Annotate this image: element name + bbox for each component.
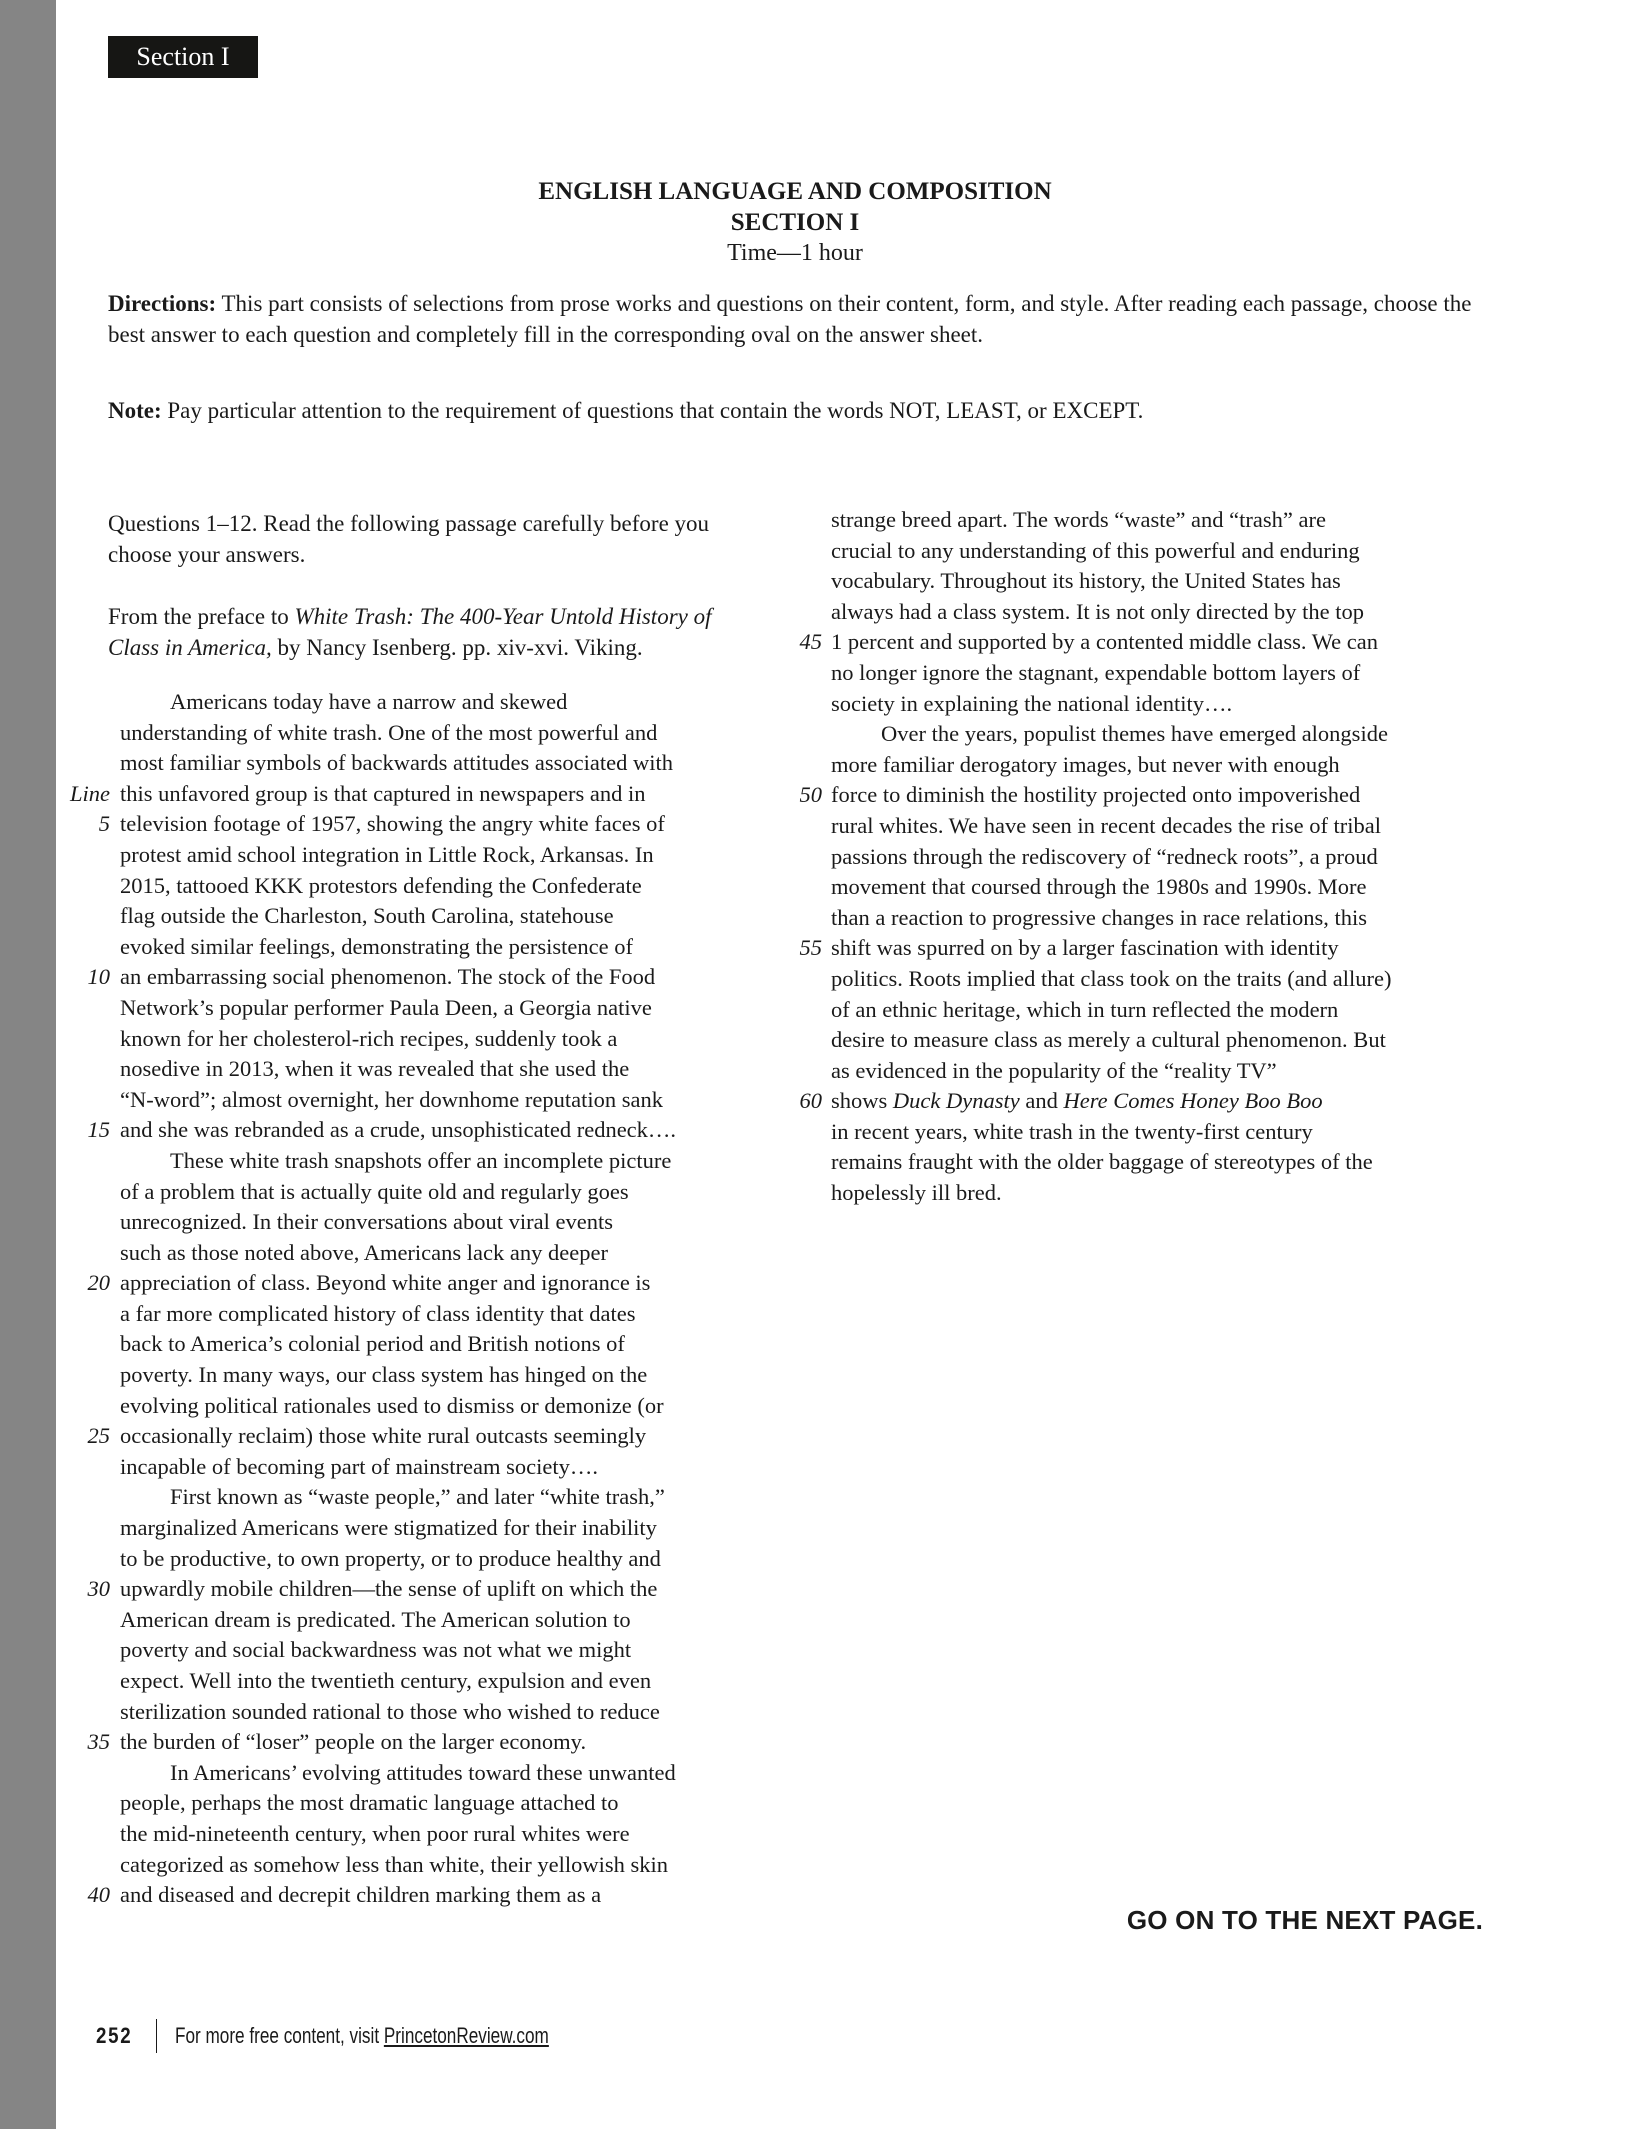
passage-line: the mid-nineteenth century, when poor ru… — [56, 1819, 776, 1850]
passage-line: rural whites. We have seen in recent dec… — [760, 811, 1480, 842]
directions-label: Directions: — [108, 291, 216, 316]
line-number: 20 — [56, 1268, 110, 1299]
passage-line: remains fraught with the older baggage o… — [760, 1147, 1480, 1178]
line-text: poverty and social backwardness was not … — [120, 1635, 631, 1666]
source-suffix: by Nancy Isenberg. pp. xiv-xvi. Viking. — [272, 635, 643, 660]
passage-line: nosedive in 2013, when it was revealed t… — [56, 1054, 776, 1085]
footer-divider — [156, 2019, 157, 2053]
line-text: than a reaction to progressive changes i… — [831, 903, 1367, 934]
line-text: this unfavored group is that captured in… — [120, 779, 646, 810]
line-number: 50 — [760, 780, 822, 811]
passage-line: politics. Roots implied that class took … — [760, 964, 1480, 995]
line-text: Over the years, populist themes have eme… — [831, 719, 1388, 750]
passage-line: always had a class system. It is not onl… — [760, 597, 1480, 628]
line-number: 15 — [56, 1115, 110, 1146]
line-text: First known as “waste people,” and later… — [120, 1482, 665, 1513]
line-text: in recent years, white trash in the twen… — [831, 1117, 1313, 1148]
line-text: back to America’s colonial period and Br… — [120, 1329, 625, 1360]
page-footer: 252 For more free content, visit Princet… — [96, 2018, 654, 2054]
passage-column-left: Americans today have a narrow and skewed… — [56, 687, 776, 1911]
passage-line: desire to measure class as merely a cult… — [760, 1025, 1480, 1056]
line-text: and diseased and decrepit children marki… — [120, 1880, 601, 1911]
show-title: Here Comes Honey Boo Boo — [1063, 1088, 1322, 1113]
passage-line: 20appreciation of class. Beyond white an… — [56, 1268, 776, 1299]
passage-line: society in explaining the national ident… — [760, 689, 1480, 720]
passage-line: understanding of white trash. One of the… — [56, 718, 776, 749]
line-text: shows Duck Dynasty and Here Comes Honey … — [831, 1086, 1323, 1117]
line-text: protest amid school integration in Littl… — [120, 840, 654, 871]
line-text: society in explaining the national ident… — [831, 689, 1232, 720]
passage-line: 60shows Duck Dynasty and Here Comes Hone… — [760, 1086, 1480, 1117]
line-text: 1 percent and supported by a contented m… — [831, 627, 1378, 658]
page-number: 252 — [96, 2023, 139, 2049]
passage-line: Linethis unfavored group is that capture… — [56, 779, 776, 810]
line-number: 5 — [56, 809, 110, 840]
line-text: understanding of white trash. One of the… — [120, 718, 657, 749]
line-text: force to diminish the hostility projecte… — [831, 780, 1360, 811]
line-text: of a problem that is actually quite old … — [120, 1177, 629, 1208]
line-text: as evidenced in the popularity of the “r… — [831, 1056, 1277, 1087]
line-text: known for her cholesterol-rich recipes, … — [120, 1024, 617, 1055]
line-text: upwardly mobile children—the sense of up… — [120, 1574, 657, 1605]
passage-line: poverty. In many ways, our class system … — [56, 1360, 776, 1391]
passage-line: a far more complicated history of class … — [56, 1299, 776, 1330]
line-text: strange breed apart. The words “waste” a… — [831, 505, 1326, 536]
line-text: people, perhaps the most dramatic langua… — [120, 1788, 619, 1819]
questions-instruction: Questions 1–12. Read the following passa… — [108, 508, 768, 570]
passage-source: From the preface to White Trash: The 400… — [108, 601, 768, 663]
show-title: Duck Dynasty — [893, 1088, 1020, 1113]
passage-line: vocabulary. Throughout its history, the … — [760, 566, 1480, 597]
time-limit: Time—1 hour — [56, 238, 1534, 269]
line-text: flag outside the Charleston, South Carol… — [120, 901, 614, 932]
line-number: Line — [56, 779, 110, 810]
note: Note: Pay particular attention to the re… — [108, 395, 1478, 426]
source-prefix: From the preface to — [108, 604, 294, 629]
line-text: the burden of “loser” people on the larg… — [120, 1727, 586, 1758]
passage-line: Over the years, populist themes have eme… — [760, 719, 1480, 750]
passage-line: as evidenced in the popularity of the “r… — [760, 1056, 1480, 1087]
line-text: vocabulary. Throughout its history, the … — [831, 566, 1341, 597]
line-text: a far more complicated history of class … — [120, 1299, 635, 1330]
line-text: more familiar derogatory images, but nev… — [831, 750, 1340, 781]
passage-line: “N-word”; almost overnight, her downhome… — [56, 1085, 776, 1116]
passage-line: evolving political rationales used to di… — [56, 1391, 776, 1422]
passage-line: These white trash snapshots offer an inc… — [56, 1146, 776, 1177]
line-number: 25 — [56, 1421, 110, 1452]
line-number: 10 — [56, 962, 110, 993]
line-text: remains fraught with the older baggage o… — [831, 1147, 1373, 1178]
section-title: SECTION I — [56, 207, 1534, 238]
section-tab: Section I — [108, 36, 258, 78]
passage-line: Network’s popular performer Paula Deen, … — [56, 993, 776, 1024]
line-number: 55 — [760, 933, 822, 964]
line-number: 60 — [760, 1086, 822, 1117]
line-text: crucial to any understanding of this pow… — [831, 536, 1360, 567]
note-text: Pay particular attention to the requirem… — [162, 398, 1144, 423]
passage-line: to be productive, to own property, or to… — [56, 1544, 776, 1575]
passage-line: In Americans’ evolving attitudes toward … — [56, 1758, 776, 1789]
passage-line: crucial to any understanding of this pow… — [760, 536, 1480, 567]
passage-line: of a problem that is actually quite old … — [56, 1177, 776, 1208]
line-text-plain: and — [1020, 1088, 1064, 1113]
passage-line: movement that coursed through the 1980s … — [760, 872, 1480, 903]
passage-line: 25occasionally reclaim) those white rura… — [56, 1421, 776, 1452]
footer-promo: For more free content, visit — [175, 2023, 384, 2048]
line-text: to be productive, to own property, or to… — [120, 1544, 661, 1575]
line-text: and she was rebranded as a crude, unsoph… — [120, 1115, 676, 1146]
line-text: marginalized Americans were stigmatized … — [120, 1513, 657, 1544]
line-text: always had a class system. It is not onl… — [831, 597, 1364, 628]
passage-line: of an ethnic heritage, which in turn ref… — [760, 995, 1480, 1026]
passage-line: expect. Well into the twentieth century,… — [56, 1666, 776, 1697]
passage-line: 451 percent and supported by a contented… — [760, 627, 1480, 658]
line-text: shift was spurred on by a larger fascina… — [831, 933, 1339, 964]
passage-column-right: strange breed apart. The words “waste” a… — [760, 505, 1480, 1209]
passage-line: unrecognized. In their conversations abo… — [56, 1207, 776, 1238]
line-text: desire to measure class as merely a cult… — [831, 1025, 1386, 1056]
passage-line: marginalized Americans were stigmatized … — [56, 1513, 776, 1544]
line-text: 2015, tattooed KKK protestors defending … — [120, 871, 642, 902]
passage-line: 30upwardly mobile children—the sense of … — [56, 1574, 776, 1605]
directions: Directions: This part consists of select… — [108, 288, 1478, 350]
princeton-review-link[interactable]: PrincetonReview.com — [384, 2023, 549, 2048]
line-text: passions through the rediscovery of “red… — [831, 842, 1378, 873]
line-text: of an ethnic heritage, which in turn ref… — [831, 995, 1338, 1026]
line-text: evoked similar feelings, demonstrating t… — [120, 932, 633, 963]
line-text: sterilization sounded rational to those … — [120, 1697, 660, 1728]
passage-line: 2015, tattooed KKK protestors defending … — [56, 871, 776, 902]
line-text: such as those noted above, Americans lac… — [120, 1238, 608, 1269]
passage-line: poverty and social backwardness was not … — [56, 1635, 776, 1666]
passage-line: no longer ignore the stagnant, expendabl… — [760, 658, 1480, 689]
line-text: most familiar symbols of backwards attit… — [120, 748, 673, 779]
passage-line: passions through the rediscovery of “red… — [760, 842, 1480, 873]
passage-intro: Questions 1–12. Read the following passa… — [108, 508, 768, 694]
line-text: categorized as somehow less than white, … — [120, 1850, 668, 1881]
line-text: American dream is predicated. The Americ… — [120, 1605, 631, 1636]
passage-line: 50force to diminish the hostility projec… — [760, 780, 1480, 811]
passage-line: 35the burden of “loser” people on the la… — [56, 1727, 776, 1758]
passage-line: than a reaction to progressive changes i… — [760, 903, 1480, 934]
passage-line: known for her cholesterol-rich recipes, … — [56, 1024, 776, 1055]
passage-line: hopelessly ill bred. — [760, 1178, 1480, 1209]
line-text: nosedive in 2013, when it was revealed t… — [120, 1054, 629, 1085]
passage-line: flag outside the Charleston, South Carol… — [56, 901, 776, 932]
passage-line: categorized as somehow less than white, … — [56, 1850, 776, 1881]
passage-line: back to America’s colonial period and Br… — [56, 1329, 776, 1360]
passage-line: incapable of becoming part of mainstream… — [56, 1452, 776, 1483]
line-text: These white trash snapshots offer an inc… — [120, 1146, 671, 1177]
passage-line: 10an embarrassing social phenomenon. The… — [56, 962, 776, 993]
passage-line: people, perhaps the most dramatic langua… — [56, 1788, 776, 1819]
note-label: Note: — [108, 398, 162, 423]
passage-line: protest amid school integration in Littl… — [56, 840, 776, 871]
passage-line: sterilization sounded rational to those … — [56, 1697, 776, 1728]
passage-line: American dream is predicated. The Americ… — [56, 1605, 776, 1636]
line-text: hopelessly ill bred. — [831, 1178, 1002, 1209]
passage-line: most familiar symbols of backwards attit… — [56, 748, 776, 779]
line-number: 30 — [56, 1574, 110, 1605]
line-text: poverty. In many ways, our class system … — [120, 1360, 647, 1391]
line-text: Americans today have a narrow and skewed — [120, 687, 567, 718]
line-text: evolving political rationales used to di… — [120, 1391, 664, 1422]
passage-line: evoked similar feelings, demonstrating t… — [56, 932, 776, 963]
passage-line: strange breed apart. The words “waste” a… — [760, 505, 1480, 536]
passage-line: 55shift was spurred on by a larger fasci… — [760, 933, 1480, 964]
line-number: 40 — [56, 1880, 110, 1911]
passage-line: in recent years, white trash in the twen… — [760, 1117, 1480, 1148]
passage-line: Americans today have a narrow and skewed — [56, 687, 776, 718]
line-text: an embarrassing social phenomenon. The s… — [120, 962, 655, 993]
directions-text: This part consists of selections from pr… — [108, 291, 1472, 347]
passage-line: more familiar derogatory images, but nev… — [760, 750, 1480, 781]
line-text: occasionally reclaim) those white rural … — [120, 1421, 646, 1452]
footer-text: For more free content, visit PrincetonRe… — [175, 2023, 549, 2049]
passage-line: 15and she was rebranded as a crude, unso… — [56, 1115, 776, 1146]
passage-line: such as those noted above, Americans lac… — [56, 1238, 776, 1269]
line-text: politics. Roots implied that class took … — [831, 964, 1392, 995]
line-text: no longer ignore the stagnant, expendabl… — [831, 658, 1360, 689]
line-text-plain: shows — [831, 1088, 893, 1113]
line-text: the mid-nineteenth century, when poor ru… — [120, 1819, 630, 1850]
go-on-next-page: GO ON TO THE NEXT PAGE. — [1098, 1905, 1483, 1936]
passage-line: 5television footage of 1957, showing the… — [56, 809, 776, 840]
line-number: 45 — [760, 627, 822, 658]
line-text: incapable of becoming part of mainstream… — [120, 1452, 598, 1483]
page-heading: ENGLISH LANGUAGE AND COMPOSITION SECTION… — [56, 176, 1534, 269]
line-text: expect. Well into the twentieth century,… — [120, 1666, 651, 1697]
line-text: rural whites. We have seen in recent dec… — [831, 811, 1381, 842]
exam-title: ENGLISH LANGUAGE AND COMPOSITION — [56, 176, 1534, 207]
line-text: appreciation of class. Beyond white ange… — [120, 1268, 650, 1299]
line-text: “N-word”; almost overnight, her downhome… — [120, 1085, 663, 1116]
passage-line: 40and diseased and decrepit children mar… — [56, 1880, 776, 1911]
passage-line: First known as “waste people,” and later… — [56, 1482, 776, 1513]
line-text: television footage of 1957, showing the … — [120, 809, 665, 840]
line-number: 35 — [56, 1727, 110, 1758]
line-text: movement that coursed through the 1980s … — [831, 872, 1367, 903]
page-edge-bar — [0, 0, 56, 2129]
line-text: unrecognized. In their conversations abo… — [120, 1207, 613, 1238]
line-text: Network’s popular performer Paula Deen, … — [120, 993, 652, 1024]
line-text: In Americans’ evolving attitudes toward … — [120, 1758, 676, 1789]
